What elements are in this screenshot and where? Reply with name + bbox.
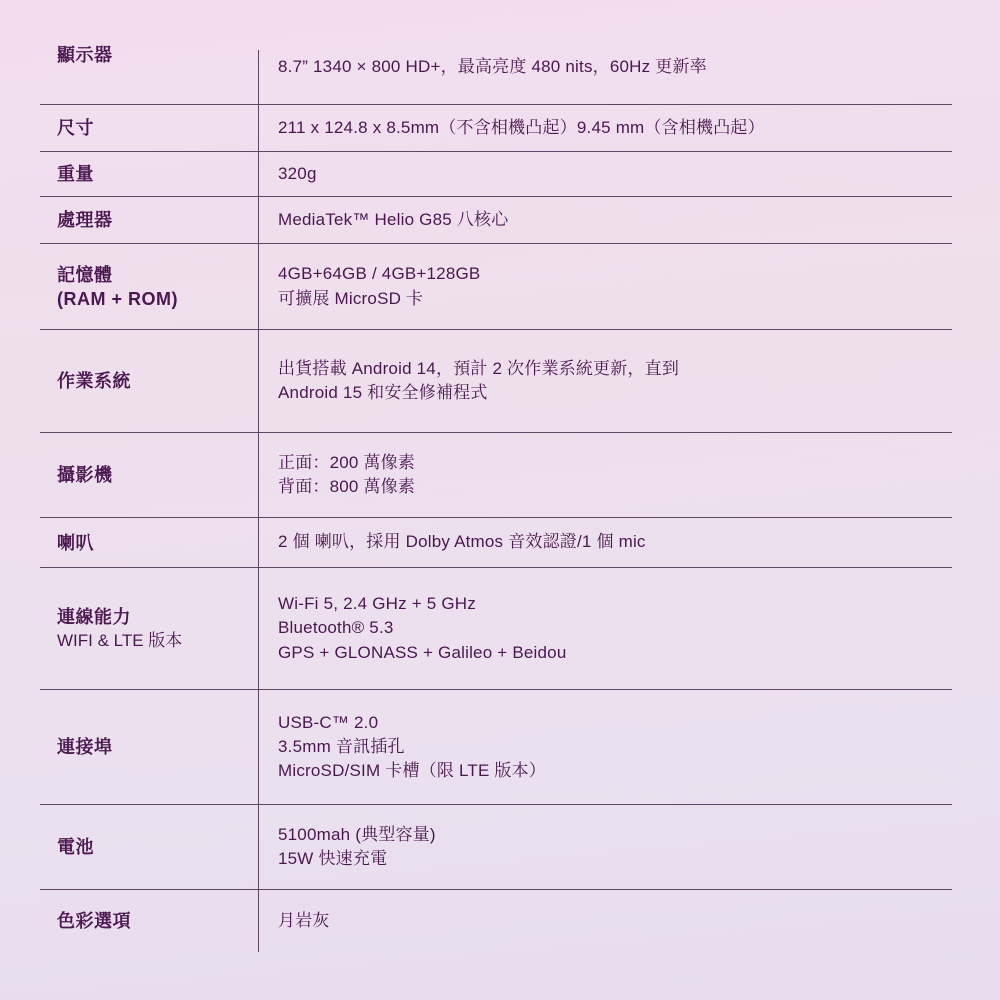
- spec-row: 連接埠USB-C™ 2.03.5mm 音訊插孔MicroSD/SIM 卡槽（限 …: [40, 690, 952, 805]
- spec-label-cell: 連接埠: [40, 690, 258, 804]
- spec-row: 記憶體(RAM + ROM)4GB+64GB / 4GB+128GB可擴展 Mi…: [40, 244, 952, 330]
- spec-value-line: MediaTek™ Helio G85 八核心: [278, 208, 952, 232]
- spec-value-line: 4GB+64GB / 4GB+128GB: [278, 262, 952, 286]
- spec-label: 處理器: [57, 208, 246, 232]
- spec-value-line: MicroSD/SIM 卡槽（限 LTE 版本）: [278, 759, 952, 783]
- spec-value-line: 8.7” 1340 × 800 HD+，最高亮度 480 nits，60Hz 更…: [278, 55, 952, 79]
- spec-row: 作業系統出貨搭載 Android 14，預計 2 次作業系統更新，直到Andro…: [40, 330, 952, 433]
- spec-label-cell: 連線能力WIFI & LTE 版本: [40, 568, 258, 689]
- spec-label: 連線能力: [57, 605, 246, 629]
- spec-row: 連線能力WIFI & LTE 版本Wi-Fi 5, 2.4 GHz + 5 GH…: [40, 568, 952, 690]
- spec-value-cell: 月岩灰: [258, 890, 952, 952]
- spec-label-cell: 記憶體(RAM + ROM): [40, 244, 258, 329]
- spec-label-cell: 作業系統: [40, 330, 258, 432]
- spec-value-line: 出貨搭載 Android 14，預計 2 次作業系統更新，直到: [278, 357, 952, 381]
- spec-label: 喇叭: [57, 531, 246, 555]
- spec-value-cell: 211 x 124.8 x 8.5mm（不含相機凸起）9.45 mm（含相機凸起…: [258, 105, 952, 151]
- spec-value-cell: Wi-Fi 5, 2.4 GHz + 5 GHzBluetooth® 5.3GP…: [258, 568, 952, 689]
- spec-row: 顯示器8.7” 1340 × 800 HD+，最高亮度 480 nits，60H…: [40, 30, 952, 105]
- spec-value-line: 背面：800 萬像素: [278, 475, 952, 499]
- spec-row: 處理器MediaTek™ Helio G85 八核心: [40, 197, 952, 244]
- spec-rows: 顯示器8.7” 1340 × 800 HD+，最高亮度 480 nits，60H…: [40, 30, 952, 952]
- spec-table: 顯示器8.7” 1340 × 800 HD+，最高亮度 480 nits，60H…: [40, 30, 952, 952]
- spec-value-cell: 正面：200 萬像素背面：800 萬像素: [258, 433, 952, 517]
- spec-value-line: 211 x 124.8 x 8.5mm（不含相機凸起）9.45 mm（含相機凸起…: [278, 116, 952, 140]
- spec-value-cell: 4GB+64GB / 4GB+128GB可擴展 MicroSD 卡: [258, 244, 952, 329]
- spec-label: 攝影機: [57, 463, 246, 487]
- spec-value-cell: MediaTek™ Helio G85 八核心: [258, 197, 952, 243]
- spec-label: 連接埠: [57, 735, 246, 759]
- spec-row: 尺寸211 x 124.8 x 8.5mm（不含相機凸起）9.45 mm（含相機…: [40, 105, 952, 152]
- spec-value-line: USB-C™ 2.0: [278, 711, 952, 735]
- spec-label: (RAM + ROM): [57, 287, 246, 311]
- spec-label: 電池: [57, 835, 246, 859]
- spec-label: 尺寸: [57, 116, 246, 140]
- spec-row: 重量320g: [40, 152, 952, 197]
- spec-value-line: 月岩灰: [278, 909, 952, 933]
- spec-row: 電池5100mah (典型容量)15W 快速充電: [40, 805, 952, 890]
- spec-value-cell: 5100mah (典型容量)15W 快速充電: [258, 805, 952, 889]
- spec-value-line: 2 個 喇叭，採用 Dolby Atmos 音效認證/1 個 mic: [278, 530, 952, 554]
- spec-row: 喇叭2 個 喇叭，採用 Dolby Atmos 音效認證/1 個 mic: [40, 518, 952, 568]
- spec-sublabel: WIFI & LTE 版本: [57, 629, 246, 653]
- spec-value-line: 正面：200 萬像素: [278, 451, 952, 475]
- spec-label-cell: 電池: [40, 805, 258, 889]
- spec-value-line: 5100mah (典型容量): [278, 823, 952, 847]
- spec-label-cell: 重量: [40, 152, 258, 196]
- spec-value-cell: 8.7” 1340 × 800 HD+，最高亮度 480 nits，60Hz 更…: [258, 30, 952, 104]
- spec-label: 記憶體: [57, 263, 246, 287]
- spec-value-cell: 320g: [258, 152, 952, 196]
- spec-label-cell: 色彩選項: [40, 890, 258, 952]
- spec-value-line: 可擴展 MicroSD 卡: [278, 287, 952, 311]
- spec-value-line: 3.5mm 音訊插孔: [278, 735, 952, 759]
- spec-label: 色彩選項: [57, 909, 246, 933]
- spec-label-cell: 處理器: [40, 197, 258, 243]
- spec-label: 作業系統: [57, 369, 246, 393]
- spec-label-cell: 喇叭: [40, 518, 258, 567]
- spec-value-cell: USB-C™ 2.03.5mm 音訊插孔MicroSD/SIM 卡槽（限 LTE…: [258, 690, 952, 804]
- spec-value-cell: 2 個 喇叭，採用 Dolby Atmos 音效認證/1 個 mic: [258, 518, 952, 567]
- spec-label-cell: 顯示器: [40, 30, 258, 104]
- spec-value-line: 15W 快速充電: [278, 847, 952, 871]
- spec-value-line: Wi-Fi 5, 2.4 GHz + 5 GHz: [278, 592, 952, 616]
- spec-value-line: GPS + GLONASS + Galileo + Beidou: [278, 641, 952, 665]
- spec-row: 色彩選項月岩灰: [40, 890, 952, 952]
- column-divider: [258, 50, 259, 952]
- spec-value-line: Android 15 和安全修補程式: [278, 381, 952, 405]
- spec-value-line: Bluetooth® 5.3: [278, 616, 952, 640]
- spec-value-line: 320g: [278, 162, 952, 186]
- spec-label-cell: 攝影機: [40, 433, 258, 517]
- spec-label-cell: 尺寸: [40, 105, 258, 151]
- spec-label: 重量: [57, 162, 246, 186]
- spec-row: 攝影機正面：200 萬像素背面：800 萬像素: [40, 433, 952, 518]
- spec-label: 顯示器: [57, 43, 246, 67]
- spec-value-cell: 出貨搭載 Android 14，預計 2 次作業系統更新，直到Android 1…: [258, 330, 952, 432]
